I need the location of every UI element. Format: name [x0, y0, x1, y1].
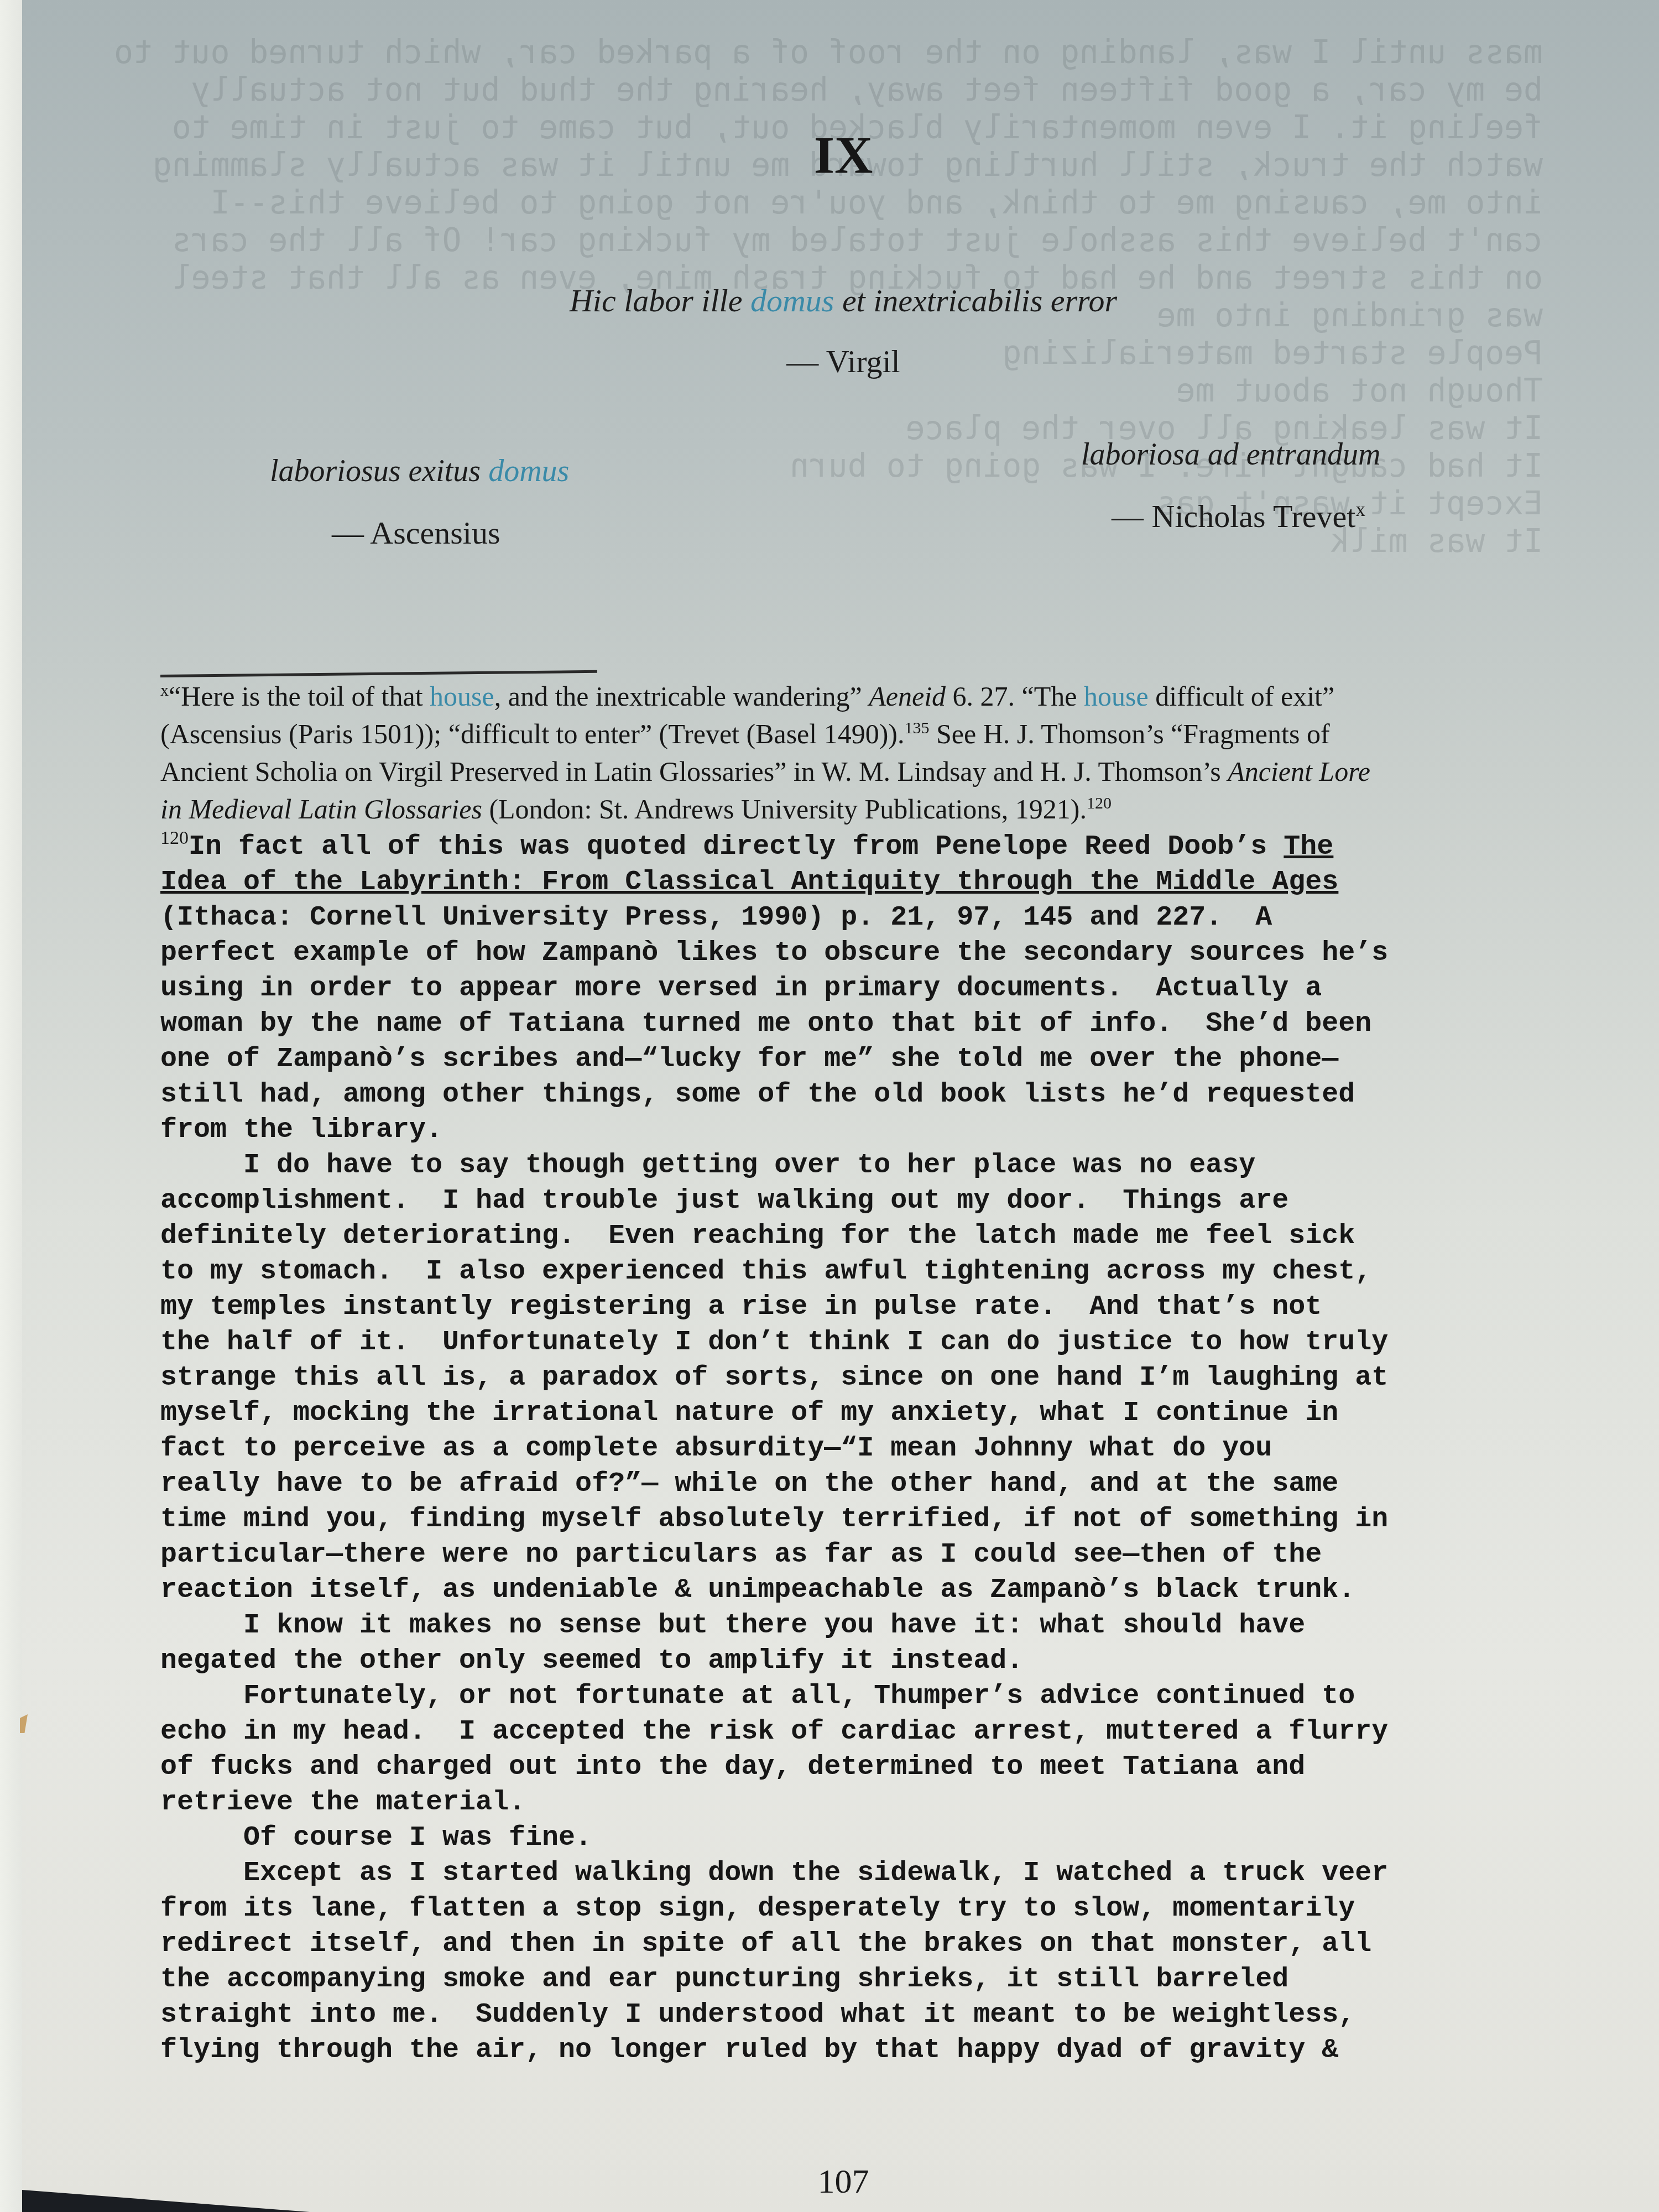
footnote-x: x“Here is the toil of that house, and th…	[160, 677, 1559, 828]
book-page: mass until I was, landing on the roof of…	[0, 0, 1659, 2212]
footnote-line: particular—there were no particulars as …	[160, 1537, 1598, 1573]
footnote-line: really have to be afraid of?”— while on …	[160, 1467, 1598, 1502]
footnote-line: negated the other only seemed to amplify…	[160, 1644, 1598, 1679]
footnote-line: still had, among other things, some of t…	[160, 1077, 1598, 1113]
footnote-marker: 120	[160, 828, 189, 848]
footnote-marker[interactable]: x	[1355, 499, 1365, 520]
footnote-line: flying through the air, no longer ruled …	[160, 2033, 1598, 2068]
footnote-line: strange this all is, a paradox of sorts,…	[160, 1360, 1598, 1396]
footnote-line: woman by the name of Tatiana turned me o…	[160, 1006, 1598, 1042]
epigraph-attribution: — Virgil	[0, 343, 1659, 380]
left-quote-attribution: — Ascensius	[332, 514, 500, 551]
footnote-line: x“Here is the toil of that house, and th…	[160, 677, 1559, 715]
footnote-line: of fucks and charged out into the day, d…	[160, 1750, 1598, 1785]
footnote-line: Fortunately, or not fortunate at all, Th…	[160, 1679, 1598, 1714]
footnote-ref[interactable]: 120	[1087, 794, 1112, 812]
footnote-line: reaction itself, as undeniable & unimpea…	[160, 1573, 1598, 1608]
epigraph-quote: Hic labor ille domus et inextricabilis e…	[0, 282, 1659, 319]
footnote-line: time mind you, finding myself absolutely…	[160, 1502, 1598, 1537]
footnote-line: my temples instantly registering a rise …	[160, 1290, 1598, 1325]
footnote-line: (Ithaca: Cornell University Press, 1990)…	[160, 900, 1598, 936]
footnote-line: echo in my head. I accepted the risk of …	[160, 1714, 1598, 1750]
footnote-line: myself, mocking the irrational nature of…	[160, 1396, 1598, 1431]
footnote-line: the half of it. Unfortunately I don’t th…	[160, 1325, 1598, 1360]
house-word: domus	[488, 454, 569, 488]
footnote-line: perfect example of how Zampanò likes to …	[160, 936, 1598, 971]
book-title: The	[1284, 831, 1333, 863]
page-edge	[0, 0, 22, 2212]
footnote-120-body: 120In fact all of this was quoted direct…	[160, 830, 1598, 2068]
footnote-line: to my stomach. I also experienced this a…	[160, 1254, 1598, 1290]
footnote-line: Of course I was fine.	[160, 1820, 1598, 1856]
footnote-line: from the library.	[160, 1113, 1598, 1148]
footnote-line: Ancient Scholia on Virgil Preserved in L…	[160, 753, 1559, 790]
footnote-line: Except as I started walking down the sid…	[160, 1856, 1598, 1891]
footnote-ref[interactable]: 135	[905, 719, 930, 737]
left-quote: laboriosus exitus domus	[270, 453, 569, 489]
right-quote-attribution: — Nicholas Trevetx	[1112, 498, 1365, 535]
footnote-line: redirect itself, and then in spite of al…	[160, 1927, 1598, 1962]
footnote-line: I do have to say though getting over to …	[160, 1148, 1598, 1183]
footnote-line: in Medieval Latin Glossaries (London: St…	[160, 790, 1559, 828]
footnote-line: retrieve the material.	[160, 1785, 1598, 1820]
book-title: Idea of the Labyrinth: From Classical An…	[160, 867, 1338, 898]
footnote-line: straight into me. Suddenly I understood …	[160, 1997, 1598, 2033]
house-word: domus	[750, 283, 834, 319]
house-word: house	[1084, 681, 1149, 712]
footnote-line: accomplishment. I had trouble just walki…	[160, 1183, 1598, 1219]
right-quote: laboriosa ad entrandum	[1081, 437, 1380, 472]
house-word: house	[430, 681, 494, 712]
footnote-line: from its lane, flatten a stop sign, desp…	[160, 1891, 1598, 1927]
footnote-line: (Ascensius (Paris 1501)); “difficult to …	[160, 715, 1559, 753]
footnote-line: definitely deteriorating. Even reaching …	[160, 1219, 1598, 1254]
page-number: 107	[0, 2162, 1659, 2201]
footnote-line: Idea of the Labyrinth: From Classical An…	[160, 865, 1598, 900]
footnote-line: one of Zampanò’s scribes and—“lucky for …	[160, 1042, 1598, 1077]
footnote-line: I know it makes no sense but there you h…	[160, 1608, 1598, 1644]
chapter-number: IX	[0, 124, 1659, 186]
footnote-line: 120In fact all of this was quoted direct…	[160, 830, 1598, 865]
footnote-line: fact to perceive as a complete absurdity…	[160, 1431, 1598, 1467]
footnote-line: the accompanying smoke and ear puncturin…	[160, 1962, 1598, 1997]
footnote-line: using in order to appear more versed in …	[160, 971, 1598, 1006]
